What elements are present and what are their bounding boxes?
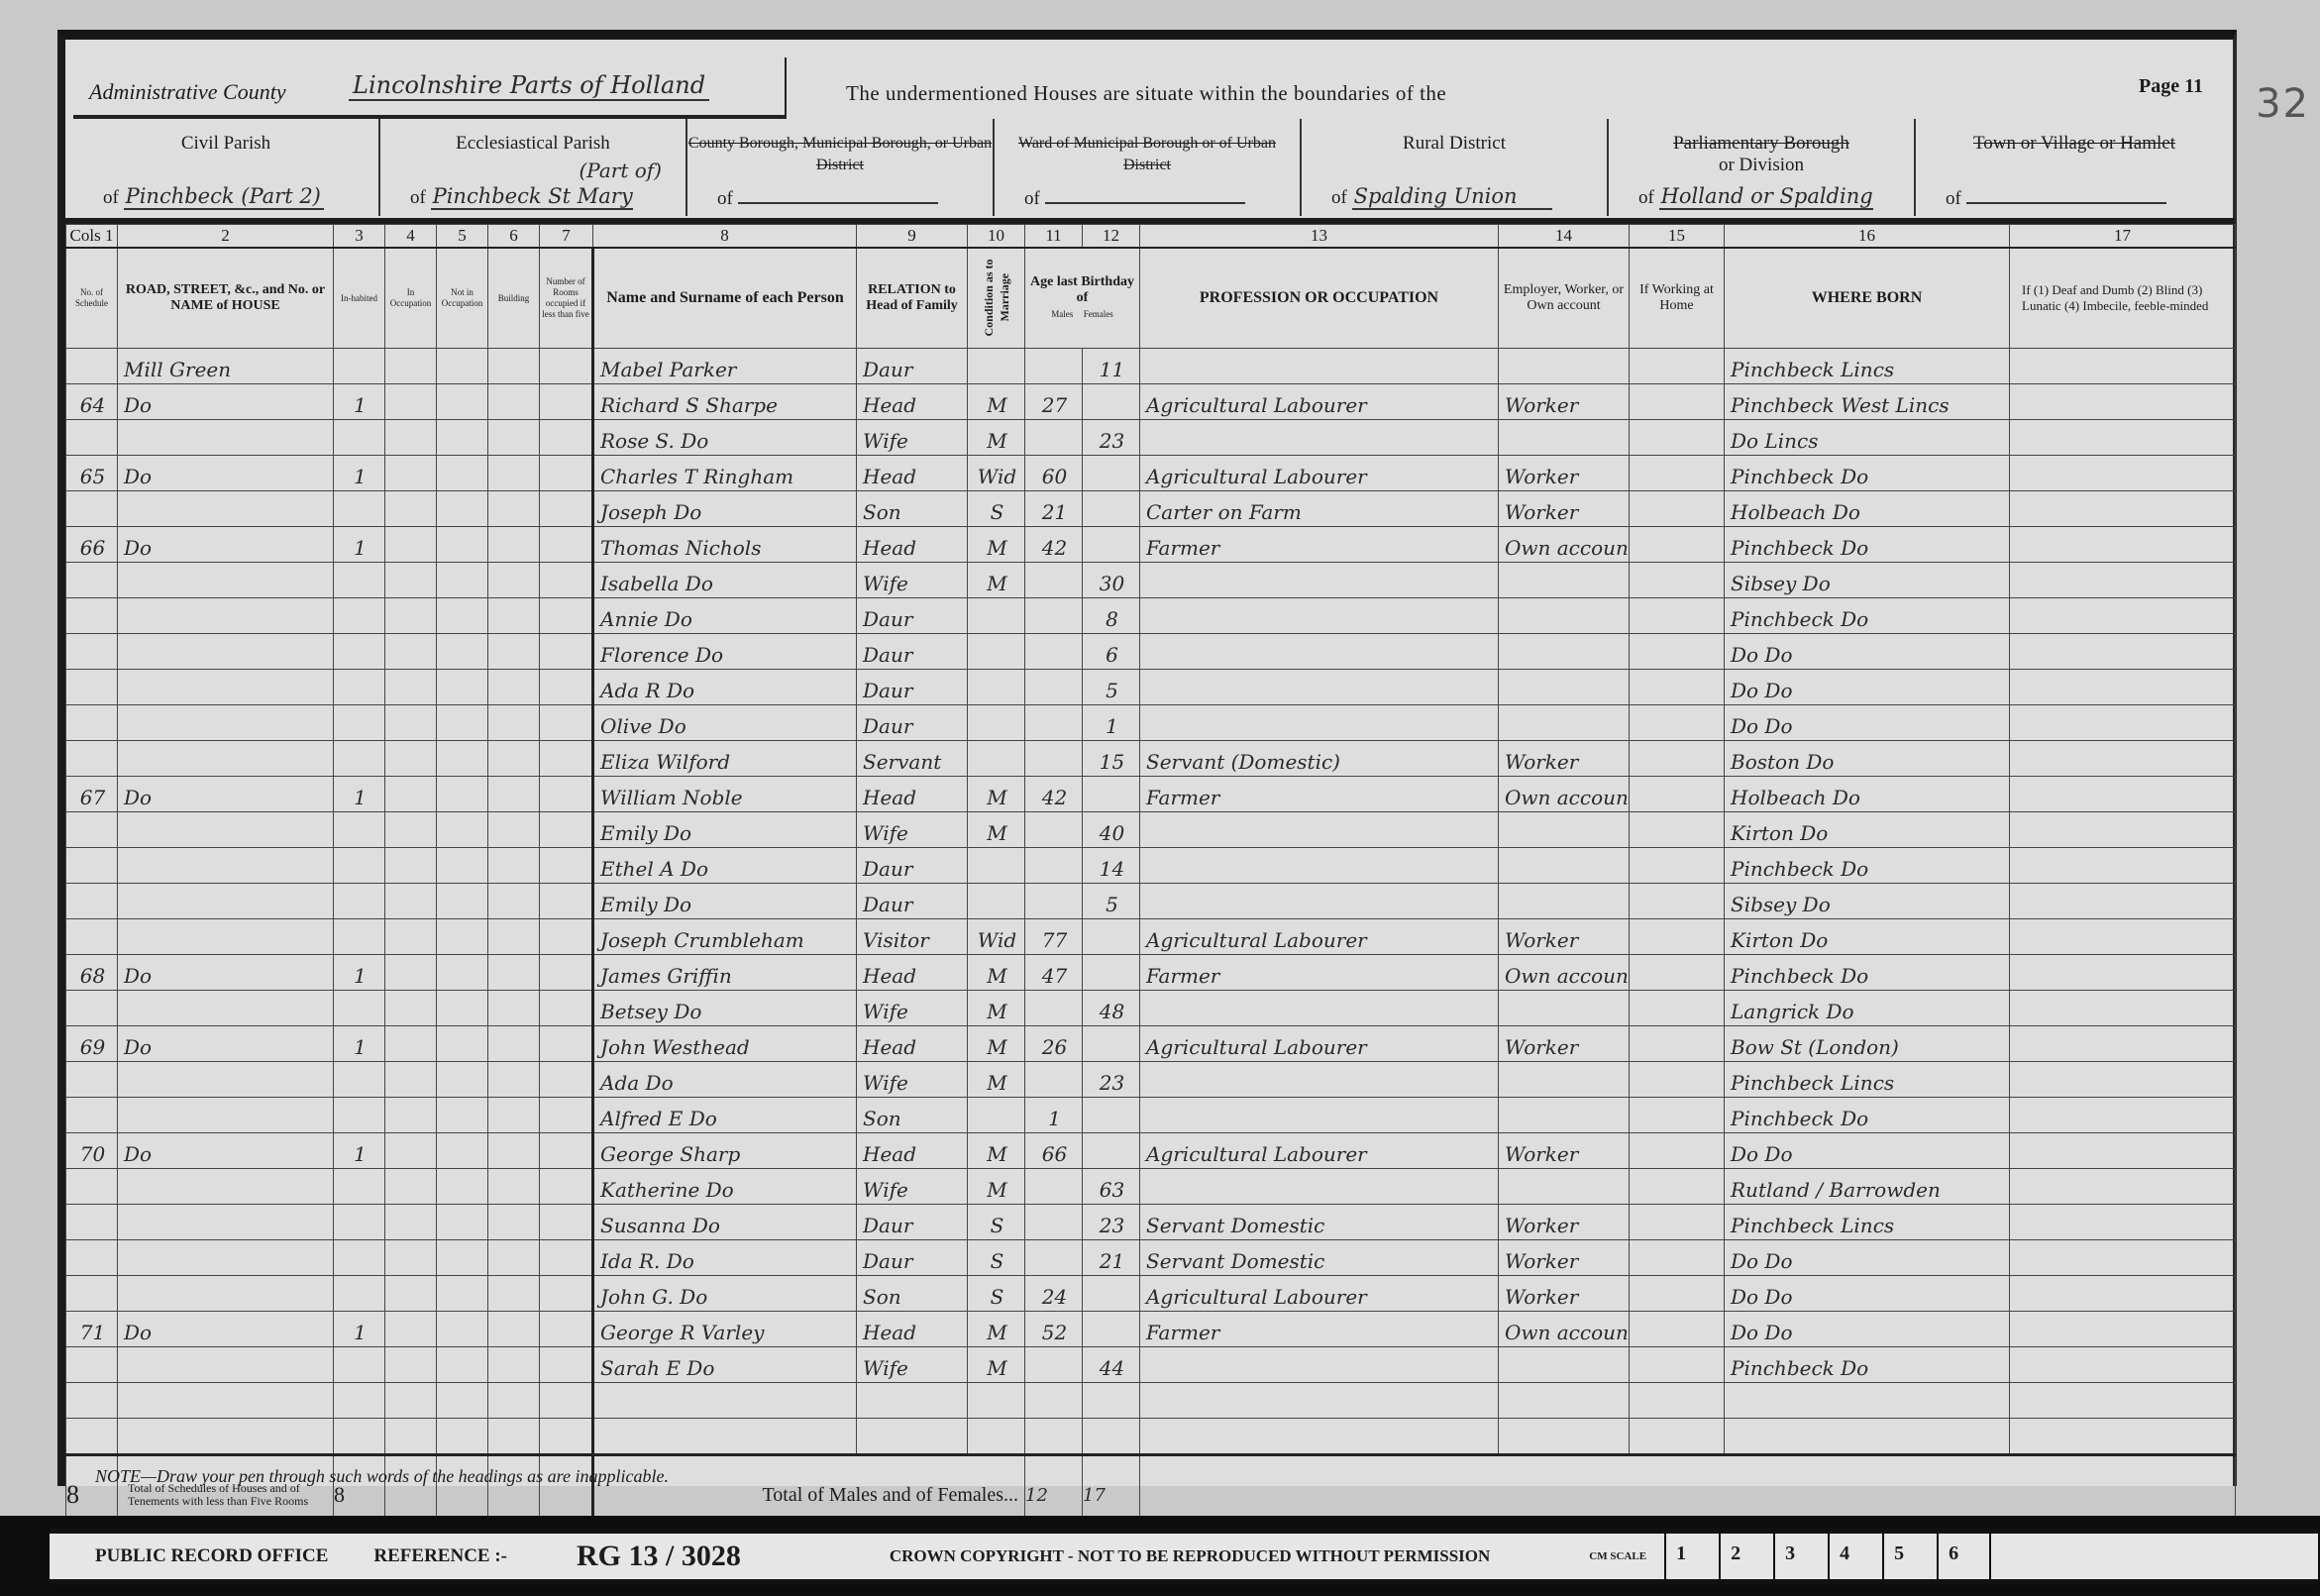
cell-condition: M	[968, 563, 1025, 598]
table-row: Florence DoDaur6Do Do	[66, 634, 2236, 670]
cell-female-age: 5	[1083, 670, 1140, 705]
area-note: (Part of)	[580, 159, 663, 182]
cell-occupation: Agricultural Labourer	[1140, 384, 1499, 420]
cell-empty	[488, 670, 540, 705]
cell-born: Do Do	[1725, 670, 2010, 705]
cell-employer: Worker	[1499, 491, 1630, 527]
cell-empty	[488, 1312, 540, 1347]
area-county-borough: County Borough, Municipal Borough, or Ur…	[687, 119, 995, 216]
cell-empty	[437, 955, 488, 991]
table-row: 68Do1James GriffinHeadM47FarmerOwn accou…	[66, 955, 2236, 991]
cell-condition: Wid	[968, 919, 1025, 955]
cell-employer	[1499, 1347, 1630, 1383]
cell-born: Do Do	[1725, 1240, 2010, 1276]
cell-relation: Son	[857, 491, 968, 527]
col-num: 17	[2010, 225, 2236, 249]
cell-road: Do	[118, 527, 334, 563]
cell-empty	[488, 1276, 540, 1312]
cell-name: William Noble	[593, 777, 857, 812]
area-ward: Ward of Municipal Borough or of Urban Di…	[995, 119, 1302, 216]
cell-empty	[2010, 1240, 2236, 1276]
header-where-born: WHERE BORN	[1725, 248, 2010, 349]
area-title: Civil Parish	[73, 133, 378, 155]
cell-empty	[1630, 1133, 1725, 1169]
cell-empty	[540, 420, 593, 456]
cell-empty	[540, 670, 593, 705]
cell-empty	[2010, 919, 2236, 955]
cell-empty	[2010, 1205, 2236, 1240]
cell-condition: Wid	[968, 456, 1025, 491]
cell-relation: Head	[857, 777, 968, 812]
cell-empty	[2010, 1383, 2236, 1419]
col-num: 14	[1499, 225, 1630, 249]
cell-empty	[2010, 1276, 2236, 1312]
header-not-in-occupation: Not in Occupation	[437, 248, 488, 349]
cell-employer: Worker	[1499, 919, 1630, 955]
cell-road	[118, 848, 334, 884]
col-num: Cols 1	[66, 225, 118, 249]
header-schedule: No. of Schedule	[66, 248, 118, 349]
cell-born: Pinchbeck Lincs	[1725, 1205, 2010, 1240]
cell-empty	[437, 991, 488, 1026]
cell-name: Katherine Do	[593, 1169, 857, 1205]
cell-inhabited: 1	[334, 1026, 385, 1062]
cell-road	[118, 919, 334, 955]
cell-road: Do	[118, 456, 334, 491]
cell-empty	[1630, 491, 1725, 527]
cell-empty	[540, 991, 593, 1026]
table-row: Katherine DoWifeM63Rutland / Barrowden	[66, 1169, 2236, 1205]
cell-name: George R Varley	[593, 1312, 857, 1347]
cell-empty	[488, 527, 540, 563]
cell-inhabited	[334, 705, 385, 741]
cell-schedule	[66, 884, 118, 919]
cell-empty	[385, 563, 437, 598]
table-row: Rose S. DoWifeM23Do Lincs	[66, 420, 2236, 456]
cell-schedule: 65	[66, 456, 118, 491]
cell-condition: M	[968, 955, 1025, 991]
cell-male-age: 47	[1025, 955, 1083, 991]
cell-empty	[1630, 1026, 1725, 1062]
cell-empty	[385, 1026, 437, 1062]
cell-road	[118, 1169, 334, 1205]
header-top: Administrative County Lincolnshire Parts…	[73, 57, 2233, 117]
cell-condition: S	[968, 1205, 1025, 1240]
cell-road	[118, 1276, 334, 1312]
of-prefix: of	[1024, 188, 1040, 209]
page-number: Page 11	[2139, 75, 2203, 98]
cell-female-age	[1083, 777, 1140, 812]
cell-road	[118, 491, 334, 527]
scale-mark: 1	[1664, 1534, 1719, 1579]
cell-inhabited	[334, 919, 385, 955]
cell-empty	[437, 349, 488, 384]
scale-mark: 5	[1882, 1534, 1937, 1579]
cell-empty	[437, 705, 488, 741]
table-row: Susanna DoDaurS23Servant DomesticWorkerP…	[66, 1205, 2236, 1240]
cell-schedule	[66, 1205, 118, 1240]
cell-empty	[385, 1312, 437, 1347]
cell-empty	[2010, 1347, 2236, 1383]
cell-empty	[385, 670, 437, 705]
cell-female-age	[1083, 1383, 1140, 1419]
cell-empty	[385, 955, 437, 991]
cell-male-age	[1025, 848, 1083, 884]
area-value	[1045, 202, 1245, 204]
cell-empty	[488, 491, 540, 527]
cell-female-age	[1083, 1276, 1140, 1312]
cell-born: Do Do	[1725, 1133, 2010, 1169]
cell-relation: Head	[857, 1312, 968, 1347]
cell-road	[118, 1240, 334, 1276]
table-row: Olive DoDaur1Do Do	[66, 705, 2236, 741]
cell-female-age: 23	[1083, 1062, 1140, 1098]
cell-condition: M	[968, 991, 1025, 1026]
cell-road	[118, 884, 334, 919]
cell-born: Pinchbeck Do	[1725, 1347, 2010, 1383]
cell-name: Rose S. Do	[593, 420, 857, 456]
cell-male-age	[1025, 812, 1083, 848]
cell-empty	[488, 955, 540, 991]
cell-road	[118, 1062, 334, 1098]
col-num: 13	[1140, 225, 1499, 249]
cell-female-age	[1083, 1133, 1140, 1169]
cell-empty	[540, 1347, 593, 1383]
area-value: Pinchbeck (Part 2)	[124, 184, 324, 210]
cell-male-age	[1025, 670, 1083, 705]
cell-female-age	[1083, 456, 1140, 491]
cell-male-age	[1025, 1347, 1083, 1383]
cell-empty	[1630, 1419, 1725, 1455]
table-row: Emily DoWifeM40Kirton Do	[66, 812, 2236, 848]
cell-schedule: 64	[66, 384, 118, 420]
cell-name: Alfred E Do	[593, 1098, 857, 1133]
cell-born: Pinchbeck Do	[1725, 1098, 2010, 1133]
cell-name: Ethel A Do	[593, 848, 857, 884]
reference-label: REFERENCE :-	[373, 1545, 507, 1567]
cell-empty	[385, 527, 437, 563]
cell-empty	[540, 1276, 593, 1312]
cell-female-age	[1083, 527, 1140, 563]
cell-empty	[437, 1098, 488, 1133]
cell-name: Ada R Do	[593, 670, 857, 705]
cell-female-age: 1	[1083, 705, 1140, 741]
cell-inhabited	[334, 1383, 385, 1419]
cell-inhabited	[334, 1240, 385, 1276]
scale-mark: 4	[1828, 1534, 1882, 1579]
cell-employer	[1499, 991, 1630, 1026]
cell-empty	[488, 598, 540, 634]
cell-name	[593, 1419, 857, 1455]
header-age: Age last Birthday ofMales Females	[1025, 248, 1140, 349]
table-row: 66Do1Thomas NicholsHeadM42FarmerOwn acco…	[66, 527, 2236, 563]
cell-occupation: Farmer	[1140, 777, 1499, 812]
cell-empty	[385, 1098, 437, 1133]
cell-condition	[968, 349, 1025, 384]
copyright-notice: CROWN COPYRIGHT - NOT TO BE REPRODUCED W…	[890, 1546, 1490, 1566]
cell-employer	[1499, 884, 1630, 919]
cell-born: Pinchbeck Lincs	[1725, 349, 2010, 384]
area-title: Parliamentary Boroughor Division	[1609, 133, 1914, 176]
col-num: 3	[334, 225, 385, 249]
cell-schedule	[66, 491, 118, 527]
cell-occupation: Servant Domestic	[1140, 1240, 1499, 1276]
col-num: 11	[1025, 225, 1083, 249]
cell-empty	[488, 705, 540, 741]
cell-inhabited	[334, 741, 385, 777]
cell-empty	[437, 634, 488, 670]
cell-empty	[1630, 705, 1725, 741]
cell-male-age	[1025, 634, 1083, 670]
cell-born	[1725, 1383, 2010, 1419]
cell-road	[118, 1347, 334, 1383]
cell-empty	[385, 848, 437, 884]
cell-born: Pinchbeck Lincs	[1725, 1062, 2010, 1098]
header-age-label: Age last Birthday of	[1030, 274, 1134, 305]
cell-occupation	[1140, 634, 1499, 670]
cell-road: Do	[118, 1312, 334, 1347]
cell-empty	[2010, 1062, 2236, 1098]
cell-empty	[488, 848, 540, 884]
cell-empty	[385, 491, 437, 527]
cell-occupation: Agricultural Labourer	[1140, 919, 1499, 955]
cell-empty	[437, 1169, 488, 1205]
cell-female-age	[1083, 1026, 1140, 1062]
cell-occupation	[1140, 812, 1499, 848]
cell-relation: Daur	[857, 1205, 968, 1240]
cell-empty	[540, 705, 593, 741]
cell-empty	[437, 1240, 488, 1276]
cell-empty	[1630, 1240, 1725, 1276]
cell-born	[1725, 1419, 2010, 1455]
table-row: Alfred E DoSon1Pinchbeck Do	[66, 1098, 2236, 1133]
cell-condition: M	[968, 1062, 1025, 1098]
of-prefix: of	[1638, 187, 1654, 208]
cell-road	[118, 420, 334, 456]
cell-male-age: 66	[1025, 1133, 1083, 1169]
cell-empty	[437, 1205, 488, 1240]
cell-relation: Head	[857, 1026, 968, 1062]
cell-condition	[968, 848, 1025, 884]
cell-condition: M	[968, 1133, 1025, 1169]
cell-born: Pinchbeck Do	[1725, 527, 2010, 563]
cell-road: Do	[118, 384, 334, 420]
cell-condition: M	[968, 777, 1025, 812]
cell-condition: M	[968, 1026, 1025, 1062]
cell-occupation	[1140, 848, 1499, 884]
header-building: Building	[488, 248, 540, 349]
cell-empty	[488, 812, 540, 848]
admin-county-label: Administrative County	[89, 79, 286, 105]
cell-road	[118, 634, 334, 670]
cell-name	[593, 1383, 857, 1419]
cell-employer	[1499, 848, 1630, 884]
cell-empty	[1630, 420, 1725, 456]
cell-relation: Servant	[857, 741, 968, 777]
area-rural-district: Rural District of Spalding Union	[1302, 119, 1609, 216]
cell-occupation: Farmer	[1140, 527, 1499, 563]
header-condition: Condition as to Marriage	[968, 248, 1025, 349]
cell-name: Betsey Do	[593, 991, 857, 1026]
cell-empty	[540, 777, 593, 812]
cell-empty	[488, 1169, 540, 1205]
area-title: Ecclesiastical Parish	[380, 133, 685, 155]
cell-condition	[968, 634, 1025, 670]
cell-empty	[437, 741, 488, 777]
cell-empty	[2010, 884, 2236, 919]
cell-schedule: 69	[66, 1026, 118, 1062]
cell-empty	[488, 884, 540, 919]
table-row: Isabella DoWifeM30Sibsey Do	[66, 563, 2236, 598]
cell-male-age: 24	[1025, 1276, 1083, 1312]
cell-empty	[540, 634, 593, 670]
cell-schedule	[66, 741, 118, 777]
cell-schedule: 67	[66, 777, 118, 812]
cell-empty	[540, 1383, 593, 1419]
cell-empty	[2010, 491, 2236, 527]
footnote: NOTE—Draw your pen through such words of…	[95, 1466, 669, 1487]
cell-empty	[1630, 848, 1725, 884]
cell-born: Do Do	[1725, 1276, 2010, 1312]
cell-empty	[385, 1240, 437, 1276]
cell-male-age	[1025, 991, 1083, 1026]
cell-male-age	[1025, 1169, 1083, 1205]
cell-schedule	[66, 991, 118, 1026]
boundaries-text: The undermentioned Houses are situate wi…	[846, 81, 1446, 106]
cell-female-age: 30	[1083, 563, 1140, 598]
area-title: Rural District	[1302, 133, 1607, 155]
cell-inhabited	[334, 670, 385, 705]
cell-condition	[968, 884, 1025, 919]
table-row: Ethel A DoDaur14Pinchbeck Do	[66, 848, 2236, 884]
cell-female-age: 14	[1083, 848, 1140, 884]
cell-male-age	[1025, 705, 1083, 741]
cell-condition	[968, 705, 1025, 741]
table-row: John G. DoSonS24Agricultural LabourerWor…	[66, 1276, 2236, 1312]
cell-empty	[385, 1276, 437, 1312]
cell-empty	[540, 563, 593, 598]
cell-born: Holbeach Do	[1725, 777, 2010, 812]
table-row: 65Do1Charles T RinghamHeadWid60Agricultu…	[66, 456, 2236, 491]
cell-empty	[540, 1026, 593, 1062]
of-prefix: of	[1331, 187, 1347, 208]
cell-inhabited	[334, 563, 385, 598]
cell-empty	[2010, 848, 2236, 884]
cell-empty	[540, 1062, 593, 1098]
area-civil-parish: Civil Parish of Pinchbeck (Part 2)	[73, 119, 380, 216]
cell-empty	[2010, 991, 2236, 1026]
cell-road: Mill Green	[118, 349, 334, 384]
cell-schedule	[66, 1062, 118, 1098]
cell-employer: Worker	[1499, 456, 1630, 491]
cell-road	[118, 1205, 334, 1240]
cell-empty	[488, 1383, 540, 1419]
cell-relation: Wife	[857, 1062, 968, 1098]
cell-relation: Wife	[857, 991, 968, 1026]
table-row: Joseph DoSonS21Carter on FarmWorkerHolbe…	[66, 491, 2236, 527]
cell-occupation: Farmer	[1140, 1312, 1499, 1347]
cell-relation: Head	[857, 1133, 968, 1169]
cell-empty	[437, 1419, 488, 1455]
area-value: Pinchbeck St Mary	[431, 184, 633, 210]
cell-empty	[2010, 1098, 2236, 1133]
cell-empty	[488, 1240, 540, 1276]
cell-schedule	[66, 563, 118, 598]
cell-male-age: 42	[1025, 527, 1083, 563]
cell-empty	[1630, 456, 1725, 491]
cell-empty	[437, 1312, 488, 1347]
cell-relation	[857, 1383, 968, 1419]
cell-male-age	[1025, 1240, 1083, 1276]
cell-name: Charles T Ringham	[593, 456, 857, 491]
cell-occupation	[1140, 1419, 1499, 1455]
header-in-occupation: In Occupation	[385, 248, 437, 349]
cell-inhabited: 1	[334, 955, 385, 991]
cell-female-age: 5	[1083, 884, 1140, 919]
cell-empty	[2010, 527, 2236, 563]
cell-female-age: 44	[1083, 1347, 1140, 1383]
cell-empty	[385, 634, 437, 670]
cell-empty	[437, 1026, 488, 1062]
cell-road	[118, 670, 334, 705]
cell-empty	[437, 563, 488, 598]
cell-empty	[437, 420, 488, 456]
cell-empty	[385, 705, 437, 741]
cell-occupation	[1140, 420, 1499, 456]
cell-empty	[385, 1169, 437, 1205]
cell-empty	[437, 919, 488, 955]
cell-female-age: 6	[1083, 634, 1140, 670]
cell-empty	[488, 777, 540, 812]
admin-county-value: Lincolnshire Parts of Holland	[349, 71, 709, 101]
cell-male-age	[1025, 420, 1083, 456]
cell-empty	[540, 1098, 593, 1133]
cell-schedule	[66, 705, 118, 741]
cell-employer	[1499, 1383, 1630, 1419]
header-inhabited: In-habited	[334, 248, 385, 349]
cell-female-age: 23	[1083, 1205, 1140, 1240]
cell-relation: Son	[857, 1276, 968, 1312]
cell-schedule	[66, 1276, 118, 1312]
cell-name: John G. Do	[593, 1276, 857, 1312]
table-row: Eliza WilfordServant15Servant (Domestic)…	[66, 741, 2236, 777]
cell-occupation: Agricultural Labourer	[1140, 1026, 1499, 1062]
cell-empty	[385, 777, 437, 812]
cell-male-age: 1	[1025, 1098, 1083, 1133]
cell-inhabited	[334, 1276, 385, 1312]
header-relation: RELATION to Head of Family	[857, 248, 968, 349]
cell-born: Do Lincs	[1725, 420, 2010, 456]
cell-empty	[540, 848, 593, 884]
cell-empty	[540, 527, 593, 563]
cell-schedule	[66, 1383, 118, 1419]
margin-folio-number: 32	[2256, 81, 2310, 127]
cell-employer	[1499, 1169, 1630, 1205]
cell-male-age	[1025, 1419, 1083, 1455]
cell-born: Pinchbeck Do	[1725, 955, 2010, 991]
cell-empty	[437, 384, 488, 420]
cell-empty	[1630, 919, 1725, 955]
table-row	[66, 1383, 2236, 1419]
archive-footer: PUBLIC RECORD OFFICE REFERENCE :- RG 13 …	[0, 1516, 2320, 1596]
cell-empty	[2010, 634, 2236, 670]
cell-employer	[1499, 349, 1630, 384]
cell-empty	[540, 456, 593, 491]
cell-born: Kirton Do	[1725, 919, 2010, 955]
cell-schedule: 66	[66, 527, 118, 563]
cell-relation: Daur	[857, 884, 968, 919]
cell-condition: M	[968, 527, 1025, 563]
